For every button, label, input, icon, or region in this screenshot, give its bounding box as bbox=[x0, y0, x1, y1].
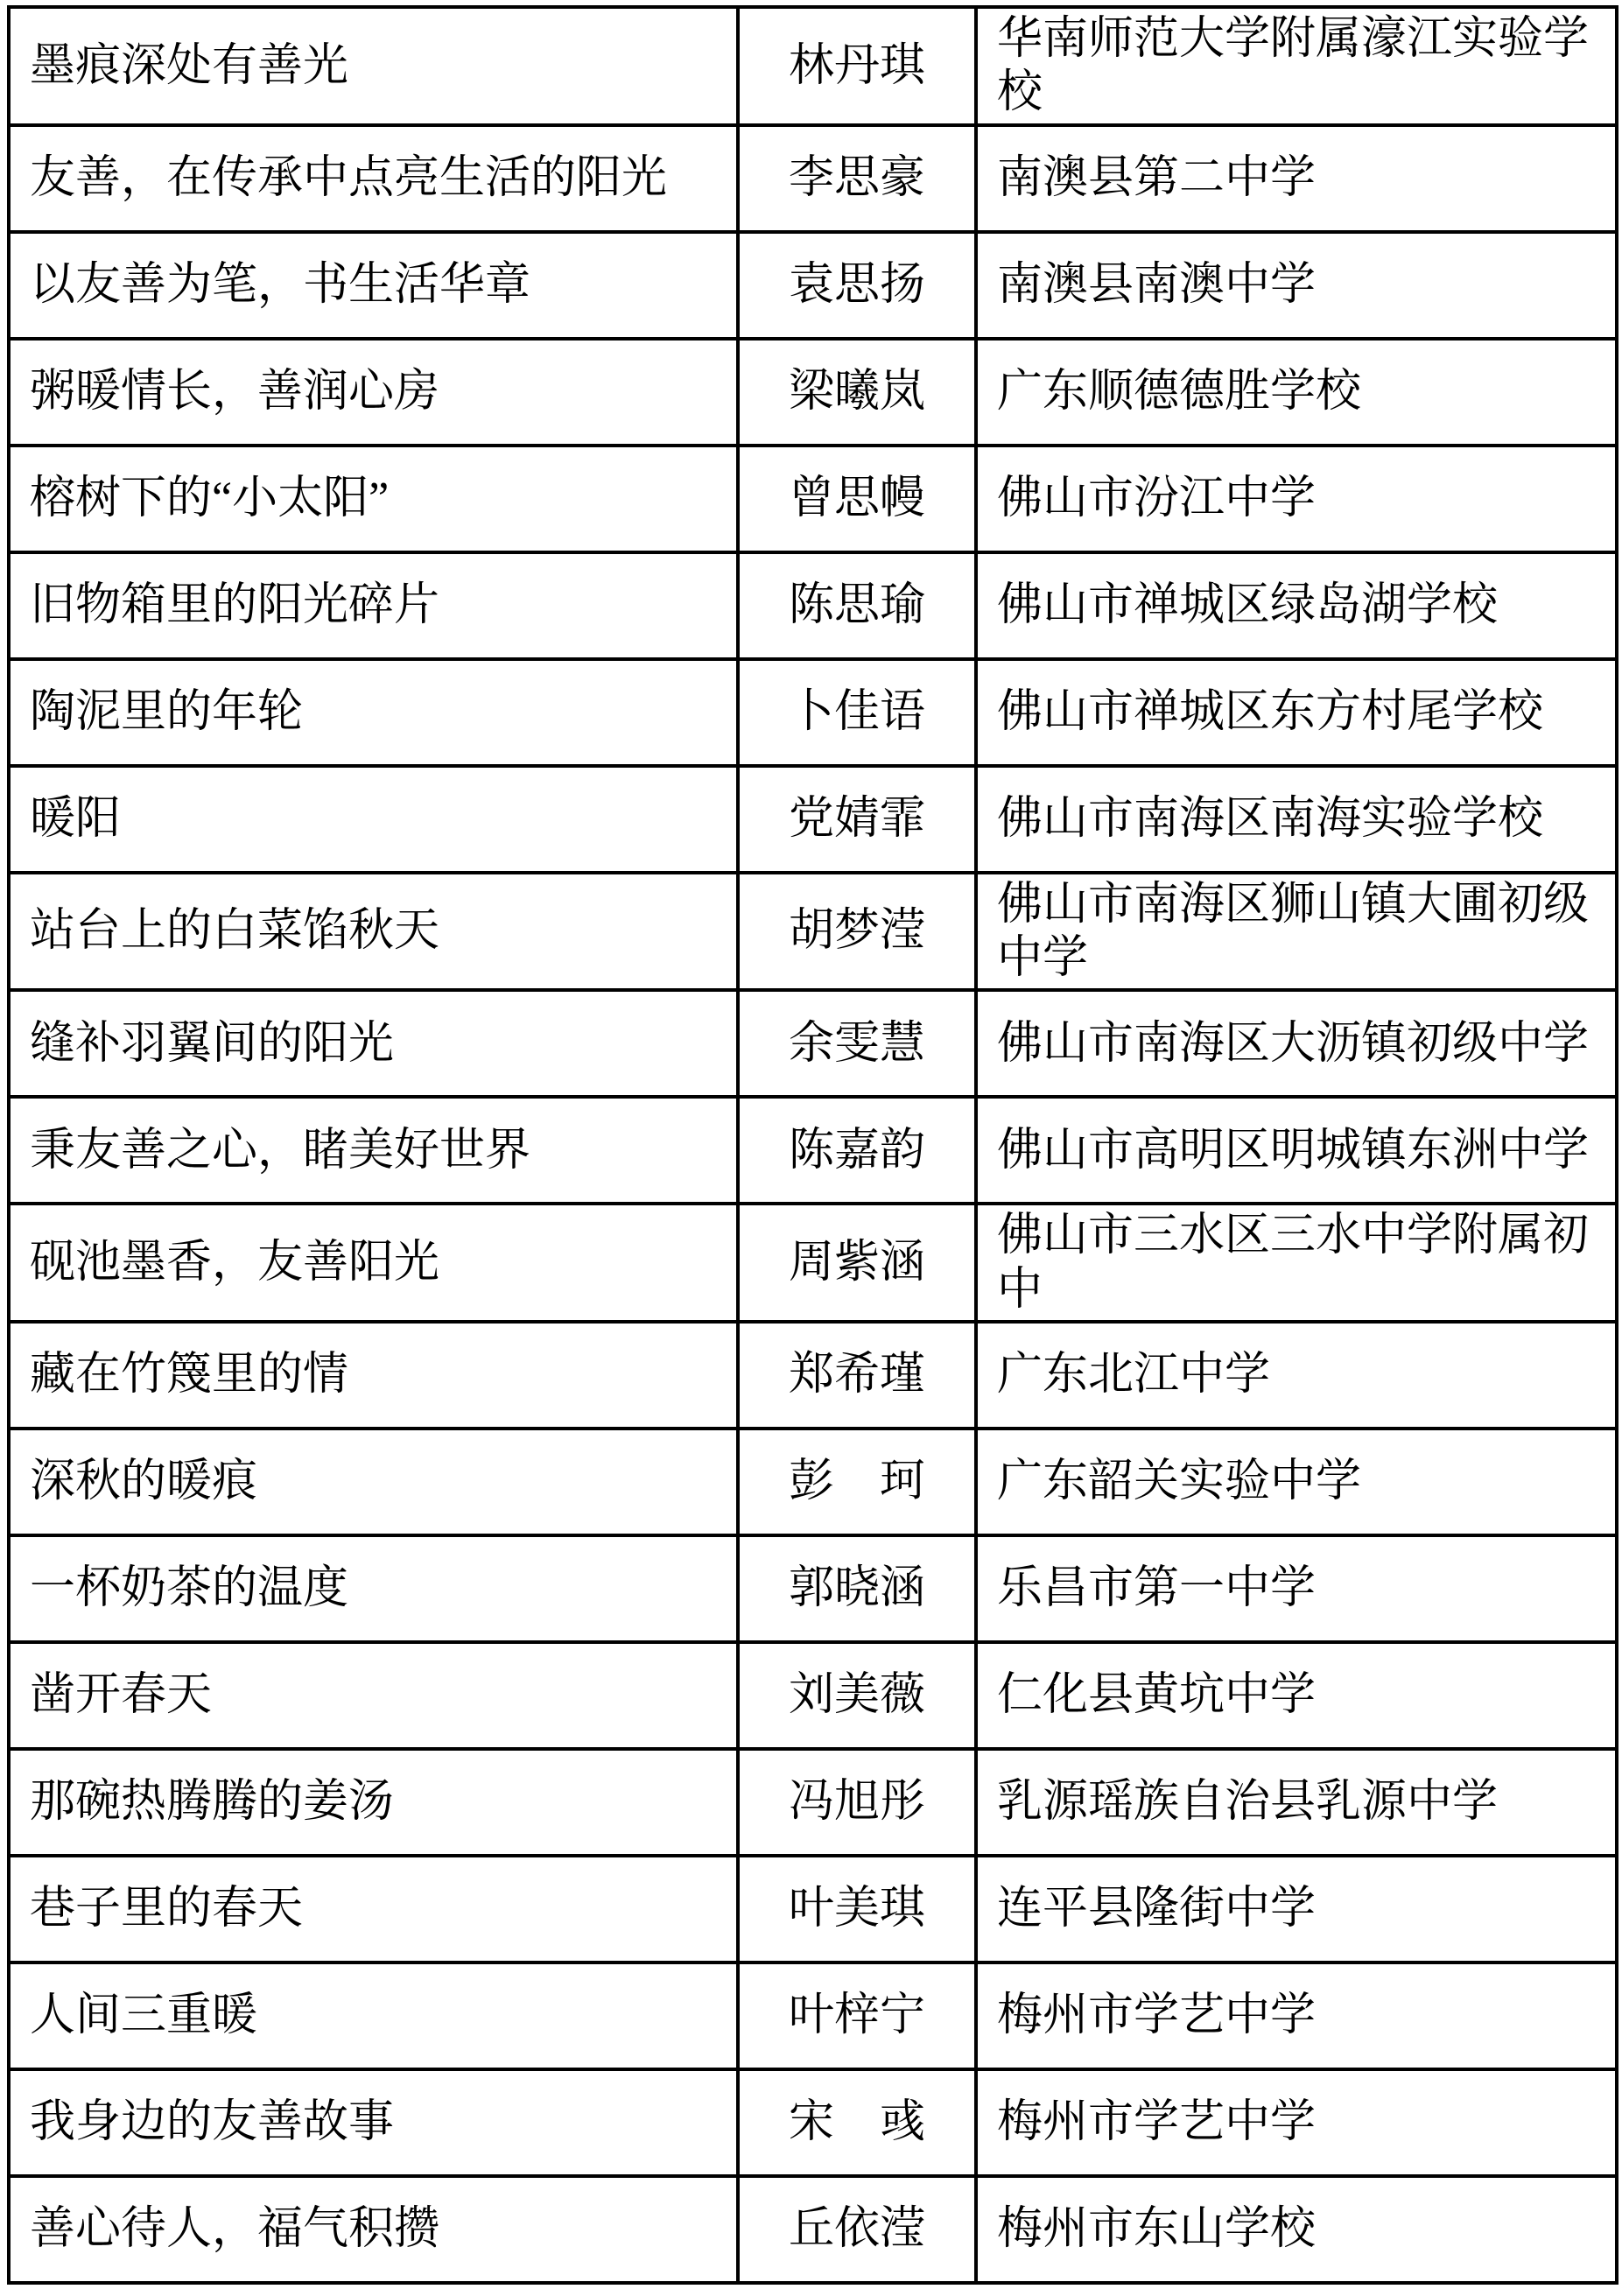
essay-title-cell: 砚池墨香，友善阳光 bbox=[9, 1204, 738, 1322]
school-cell: 梅州市学艺中学 bbox=[976, 2069, 1617, 2176]
author-name-cell: 陈思瑜 bbox=[738, 552, 976, 659]
author-name-cell: 丘依滢 bbox=[738, 2176, 976, 2283]
table-row: 旧物箱里的阳光碎片 陈思瑜 佛山市禅城区绿岛湖学校 bbox=[9, 552, 1617, 659]
essay-title-cell: 旧物箱里的阳光碎片 bbox=[9, 552, 738, 659]
table-row: 藏在竹篾里的情 郑希瑾 广东北江中学 bbox=[9, 1322, 1617, 1429]
school-cell: 南澳县南澳中学 bbox=[976, 232, 1617, 339]
essay-title-cell: 一杯奶茶的温度 bbox=[9, 1535, 738, 1642]
author-name-cell: 林丹琪 bbox=[738, 7, 976, 125]
document-page: 墨痕深处有善光 林丹琪 华南师范大学附属濠江实验学校 友善，在传承中点亮生活的阳… bbox=[0, 0, 1622, 2290]
author-name-cell: 余雯慧 bbox=[738, 990, 976, 1097]
school-cell: 佛山市高明区明城镇东洲中学 bbox=[976, 1097, 1617, 1204]
author-name-cell: 郑希瑾 bbox=[738, 1322, 976, 1429]
essay-title-cell: 善心待人，福气积攒 bbox=[9, 2176, 738, 2283]
table-row: 以友善为笔，书生活华章 袁思扬 南澳县南澳中学 bbox=[9, 232, 1617, 339]
school-cell: 华南师范大学附属濠江实验学校 bbox=[976, 7, 1617, 125]
author-name-cell: 党婧霏 bbox=[738, 766, 976, 873]
table-row: 暖阳 党婧霏 佛山市南海区南海实验学校 bbox=[9, 766, 1617, 873]
table-row: 善心待人，福气积攒 丘依滢 梅州市东山学校 bbox=[9, 2176, 1617, 2283]
author-name-cell: 周紫涵 bbox=[738, 1204, 976, 1322]
school-cell: 广东韶关实验中学 bbox=[976, 1429, 1617, 1535]
author-name-cell: 曾思幔 bbox=[738, 446, 976, 552]
essay-title-cell: 我身边的友善故事 bbox=[9, 2069, 738, 2176]
school-cell: 梅州市东山学校 bbox=[976, 2176, 1617, 2283]
school-cell: 南澳县第二中学 bbox=[976, 125, 1617, 232]
author-name-cell: 梁曦岚 bbox=[738, 339, 976, 446]
essay-title-cell: 站台上的白菜馅秋天 bbox=[9, 873, 738, 991]
essay-title-cell: 那碗热腾腾的姜汤 bbox=[9, 1749, 738, 1856]
author-name-cell: 陈嘉韵 bbox=[738, 1097, 976, 1204]
table-row: 凿开春天 刘美薇 仁化县黄坑中学 bbox=[9, 1642, 1617, 1749]
awards-table-body: 墨痕深处有善光 林丹琪 华南师范大学附属濠江实验学校 友善，在传承中点亮生活的阳… bbox=[9, 7, 1617, 2283]
author-name-cell: 胡梦滢 bbox=[738, 873, 976, 991]
table-row: 墨痕深处有善光 林丹琪 华南师范大学附属濠江实验学校 bbox=[9, 7, 1617, 125]
essay-title-cell: 陶泥里的年轮 bbox=[9, 659, 738, 766]
school-cell: 乳源瑶族自治县乳源中学 bbox=[976, 1749, 1617, 1856]
table-row: 粥暖情长，善润心房 梁曦岚 广东顺德德胜学校 bbox=[9, 339, 1617, 446]
awards-table: 墨痕深处有善光 林丹琪 华南师范大学附属濠江实验学校 友善，在传承中点亮生活的阳… bbox=[7, 5, 1618, 2285]
table-row: 缝补羽翼间的阳光 余雯慧 佛山市南海区大沥镇初级中学 bbox=[9, 990, 1617, 1097]
essay-title-cell: 巷子里的春天 bbox=[9, 1856, 738, 1962]
school-cell: 连平县隆街中学 bbox=[976, 1856, 1617, 1962]
school-cell: 仁化县黄坑中学 bbox=[976, 1642, 1617, 1749]
table-row: 站台上的白菜馅秋天 胡梦滢 佛山市南海区狮山镇大圃初级中学 bbox=[9, 873, 1617, 991]
author-name-cell: 彭 珂 bbox=[738, 1429, 976, 1535]
essay-title-cell: 暖阳 bbox=[9, 766, 738, 873]
school-cell: 佛山市南海区狮山镇大圃初级中学 bbox=[976, 873, 1617, 991]
school-cell: 佛山市禅城区东方村尾学校 bbox=[976, 659, 1617, 766]
author-name-cell: 郭晓涵 bbox=[738, 1535, 976, 1642]
school-cell: 佛山市南海区大沥镇初级中学 bbox=[976, 990, 1617, 1097]
school-cell: 佛山市南海区南海实验学校 bbox=[976, 766, 1617, 873]
author-name-cell: 宋 彧 bbox=[738, 2069, 976, 2176]
table-row: 一杯奶茶的温度 郭晓涵 乐昌市第一中学 bbox=[9, 1535, 1617, 1642]
school-cell: 梅州市学艺中学 bbox=[976, 1962, 1617, 2069]
school-cell: 乐昌市第一中学 bbox=[976, 1535, 1617, 1642]
author-name-cell: 叶梓宁 bbox=[738, 1962, 976, 2069]
table-row: 那碗热腾腾的姜汤 冯旭彤 乳源瑶族自治县乳源中学 bbox=[9, 1749, 1617, 1856]
school-cell: 佛山市禅城区绿岛湖学校 bbox=[976, 552, 1617, 659]
essay-title-cell: 以友善为笔，书生活华章 bbox=[9, 232, 738, 339]
table-row: 砚池墨香，友善阳光 周紫涵 佛山市三水区三水中学附属初中 bbox=[9, 1204, 1617, 1322]
school-cell: 佛山市汾江中学 bbox=[976, 446, 1617, 552]
author-name-cell: 卜佳语 bbox=[738, 659, 976, 766]
table-row: 友善，在传承中点亮生活的阳光 李思豪 南澳县第二中学 bbox=[9, 125, 1617, 232]
school-cell: 佛山市三水区三水中学附属初中 bbox=[976, 1204, 1617, 1322]
table-row: 我身边的友善故事 宋 彧 梅州市学艺中学 bbox=[9, 2069, 1617, 2176]
essay-title-cell: 友善，在传承中点亮生活的阳光 bbox=[9, 125, 738, 232]
table-row: 人间三重暖 叶梓宁 梅州市学艺中学 bbox=[9, 1962, 1617, 2069]
table-row: 深秋的暖痕 彭 珂 广东韶关实验中学 bbox=[9, 1429, 1617, 1535]
essay-title-cell: 粥暖情长，善润心房 bbox=[9, 339, 738, 446]
essay-title-cell: 墨痕深处有善光 bbox=[9, 7, 738, 125]
essay-title-cell: 人间三重暖 bbox=[9, 1962, 738, 2069]
table-row: 秉友善之心，睹美好世界 陈嘉韵 佛山市高明区明城镇东洲中学 bbox=[9, 1097, 1617, 1204]
essay-title-cell: 藏在竹篾里的情 bbox=[9, 1322, 738, 1429]
essay-title-cell: 缝补羽翼间的阳光 bbox=[9, 990, 738, 1097]
author-name-cell: 冯旭彤 bbox=[738, 1749, 976, 1856]
essay-title-cell: 凿开春天 bbox=[9, 1642, 738, 1749]
table-row: 巷子里的春天 叶美琪 连平县隆街中学 bbox=[9, 1856, 1617, 1962]
school-cell: 广东顺德德胜学校 bbox=[976, 339, 1617, 446]
author-name-cell: 刘美薇 bbox=[738, 1642, 976, 1749]
essay-title-cell: 秉友善之心，睹美好世界 bbox=[9, 1097, 738, 1204]
school-cell: 广东北江中学 bbox=[976, 1322, 1617, 1429]
author-name-cell: 袁思扬 bbox=[738, 232, 976, 339]
author-name-cell: 李思豪 bbox=[738, 125, 976, 232]
essay-title-cell: 榕树下的“小太阳” bbox=[9, 446, 738, 552]
author-name-cell: 叶美琪 bbox=[738, 1856, 976, 1962]
table-row: 陶泥里的年轮 卜佳语 佛山市禅城区东方村尾学校 bbox=[9, 659, 1617, 766]
table-row: 榕树下的“小太阳” 曾思幔 佛山市汾江中学 bbox=[9, 446, 1617, 552]
essay-title-cell: 深秋的暖痕 bbox=[9, 1429, 738, 1535]
